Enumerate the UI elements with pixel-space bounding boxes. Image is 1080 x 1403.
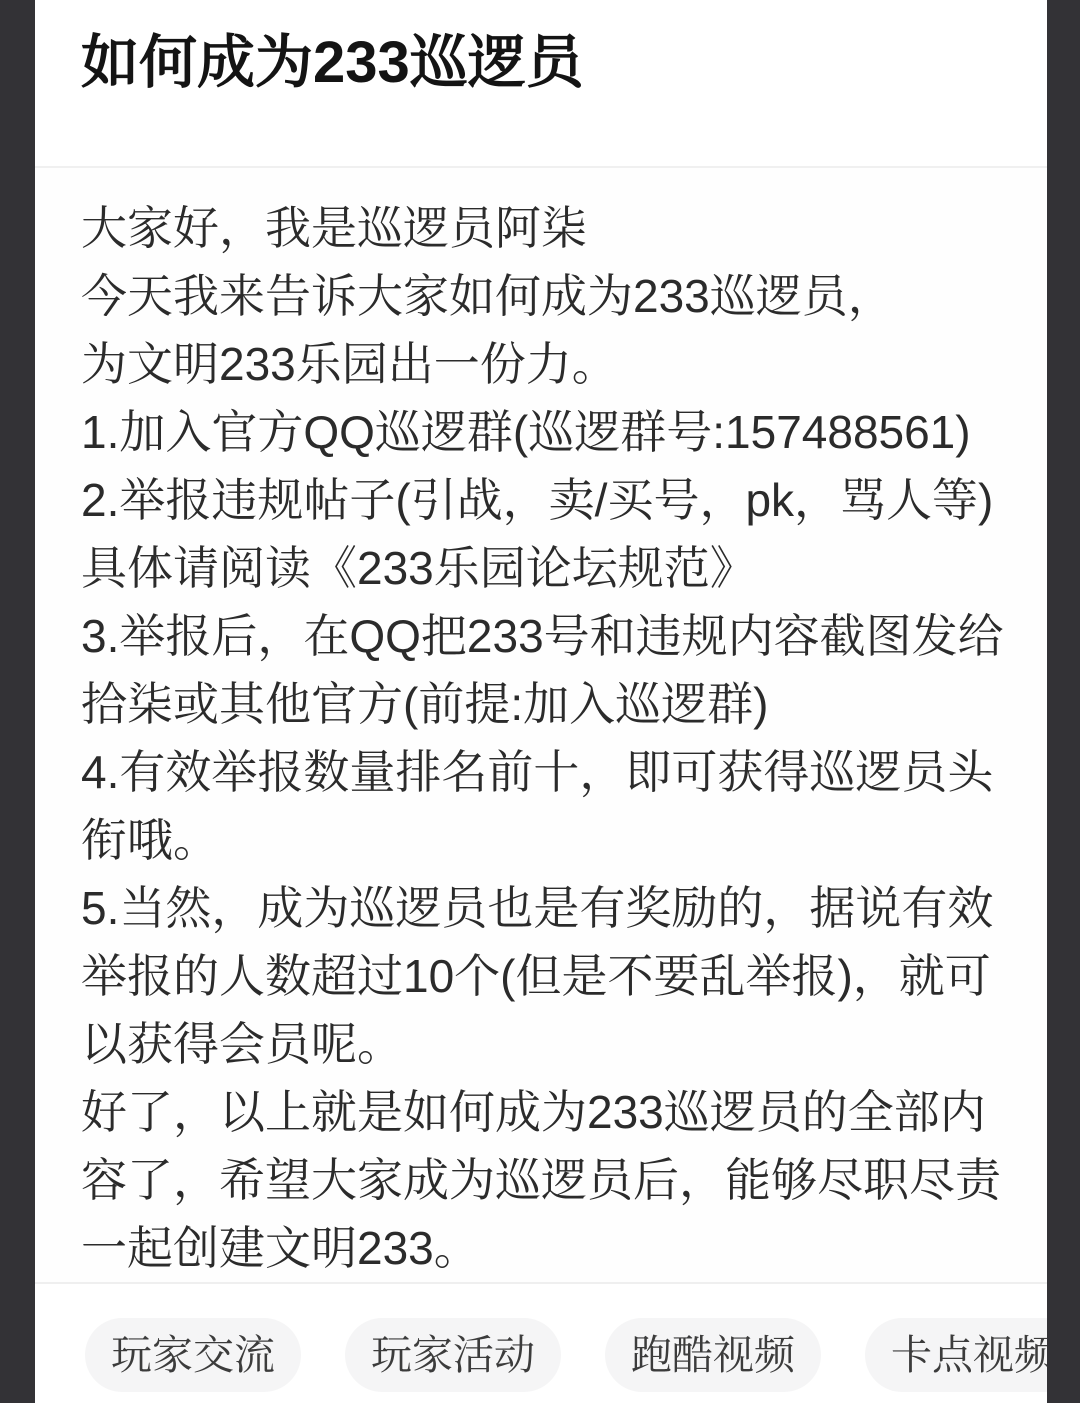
post-body-line: 3.举报后，在QQ把233号和违规内容截图发给 xyxy=(81,602,1003,670)
post-body: 大家好，我是巡逻员阿柒 今天我来告诉大家如何成为233巡逻员， 为文明233乐园… xyxy=(35,168,1047,1282)
tag-row: 玩家交流 玩家活动 跑酷视频 卡点视频 xyxy=(35,1284,1047,1392)
post-body-line: 拾柒或其他官方(前提:加入巡逻群) xyxy=(81,670,1003,738)
screen-frame: 如何成为233巡逻员 大家好，我是巡逻员阿柒 今天我来告诉大家如何成为233巡逻… xyxy=(0,0,1080,1403)
post-title: 如何成为233巡逻员 xyxy=(81,30,1001,96)
post-body-line: 一起创建文明233。 xyxy=(81,1214,1003,1282)
post-body-line: 为文明233乐园出一份力。 xyxy=(81,330,1003,398)
post-page: 如何成为233巡逻员 大家好，我是巡逻员阿柒 今天我来告诉大家如何成为233巡逻… xyxy=(35,0,1047,1403)
tag-player-events[interactable]: 玩家活动 xyxy=(345,1318,561,1392)
post-body-line: 衔哦。 xyxy=(81,806,1003,874)
tag-parkour-videos[interactable]: 跑酷视频 xyxy=(605,1318,821,1392)
post-body-line: 4.有效举报数量排名前十，即可获得巡逻员头 xyxy=(81,738,1003,806)
post-body-line: 具体请阅读《233乐园论坛规范》 xyxy=(81,534,1003,602)
post-body-line: 2.举报违规帖子(引战，卖/买号，pk，骂人等) xyxy=(81,466,1003,534)
post-body-line: 好了，以上就是如何成为233巡逻员的全部内 xyxy=(81,1078,1003,1146)
post-body-line: 大家好，我是巡逻员阿柒 xyxy=(81,194,1003,262)
tag-player-chat[interactable]: 玩家交流 xyxy=(85,1318,301,1392)
post-body-line: 5.当然，成为巡逻员也是有奖励的，据说有效 xyxy=(81,874,1003,942)
post-title-block: 如何成为233巡逻员 xyxy=(35,0,1047,168)
post-body-line: 以获得会员呢。 xyxy=(81,1010,1003,1078)
post-body-line: 1.加入官方QQ巡逻群(巡逻群号:157488561) xyxy=(81,398,1003,466)
post-body-line: 今天我来告诉大家如何成为233巡逻员， xyxy=(81,262,1003,330)
post-body-line: 容了，希望大家成为巡逻员后，能够尽职尽责 xyxy=(81,1146,1003,1214)
post-body-line: 举报的人数超过10个(但是不要乱举报)，就可 xyxy=(81,942,1003,1010)
tag-beat-sync-videos[interactable]: 卡点视频 xyxy=(865,1318,1047,1392)
